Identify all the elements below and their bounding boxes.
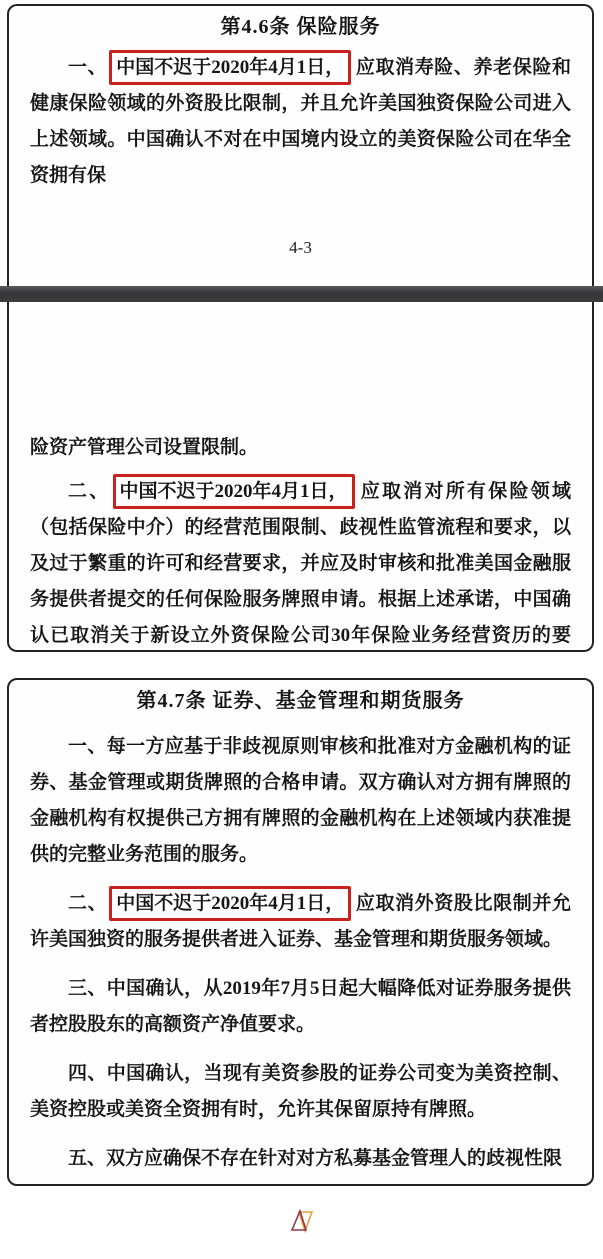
page-section-4-6-continuation: 险资产管理公司设置限制。二、中国不迟于2020年4月1日，应取消对所有保险领域（…	[7, 302, 594, 652]
text-run: 四、中国确认，当现有美资参股的证券公司变为美资控制、美资控股或美资全资拥有时，允…	[30, 1063, 571, 1120]
paragraph: 三、中国确认，从2019年7月5日起大幅降低对证券服务提供者控股股东的高额资产净…	[30, 971, 571, 1043]
red-highlight-box: 中国不迟于2020年4月1日，	[109, 50, 351, 85]
text-run: 一、每一方应基于非歧视原则审核和批准对方金融机构的证券、基金管理或期货牌照的合格…	[30, 736, 571, 865]
paragraph: 险资产管理公司设置限制。	[30, 430, 571, 466]
section-title-4-6: 第4.6条 保险服务	[30, 12, 571, 42]
page-section-4-6: 第4.6条 保险服务 一、中国不迟于2020年4月1日，应取消寿险、养老保险和健…	[7, 4, 594, 287]
paragraph: 一、中国不迟于2020年4月1日，应取消寿险、养老保险和健康保险领域的外资股比限…	[30, 50, 571, 194]
page-number: 4-3	[30, 236, 571, 260]
text-run: 二、	[68, 481, 111, 502]
red-highlight-box: 中国不迟于2020年4月1日，	[109, 886, 351, 921]
document-pages-container: 第4.6条 保险服务 一、中国不迟于2020年4月1日，应取消寿险、养老保险和健…	[0, 0, 603, 1259]
page-section-4-7: 第4.7条 证券、基金管理和期货服务 一、每一方应基于非歧视原则审核和批准对方金…	[7, 678, 594, 1186]
two-overlapping-triangles-logo-icon	[290, 1209, 314, 1233]
section-title-4-7: 第4.7条 证券、基金管理和期货服务	[30, 686, 571, 716]
logo-row	[0, 1209, 603, 1233]
text-run: 三、中国确认，从2019年7月5日起大幅降低对证券服务提供者控股股东的高额资产净…	[30, 978, 571, 1035]
paragraph: 二、中国不迟于2020年4月1日，应取消对所有保险领域（包括保险中介）的经营范围…	[30, 474, 571, 652]
paragraph: 五、双方应确保不存在针对对方私募基金管理人的歧视性限	[30, 1141, 571, 1177]
page3-paragraphs: 一、每一方应基于非歧视原则审核和批准对方金融机构的证券、基金管理或期货牌照的合格…	[30, 729, 571, 1177]
text-run: 二、	[68, 893, 107, 914]
red-highlight-box: 中国不迟于2020年4月1日，	[113, 474, 355, 509]
text-run: 一、	[68, 57, 107, 78]
paragraph: 二、中国不迟于2020年4月1日，应取消外资股比限制并允许美国独资的服务提供者进…	[30, 886, 571, 958]
page1-paragraphs: 一、中国不迟于2020年4月1日，应取消寿险、养老保险和健康保险领域的外资股比限…	[30, 50, 571, 194]
text-run: 险资产管理公司设置限制。	[30, 437, 258, 458]
paragraph: 四、中国确认，当现有美资参股的证券公司变为美资控制、美资控股或美资全资拥有时，允…	[30, 1056, 571, 1128]
page-divider-bar	[0, 286, 603, 302]
text-run: 五、双方应确保不存在针对对方私募基金管理人的歧视性限	[68, 1148, 562, 1169]
paragraph: 一、每一方应基于非歧视原则审核和批准对方金融机构的证券、基金管理或期货牌照的合格…	[30, 729, 571, 873]
page2-paragraphs: 险资产管理公司设置限制。二、中国不迟于2020年4月1日，应取消对所有保险领域（…	[30, 430, 571, 652]
